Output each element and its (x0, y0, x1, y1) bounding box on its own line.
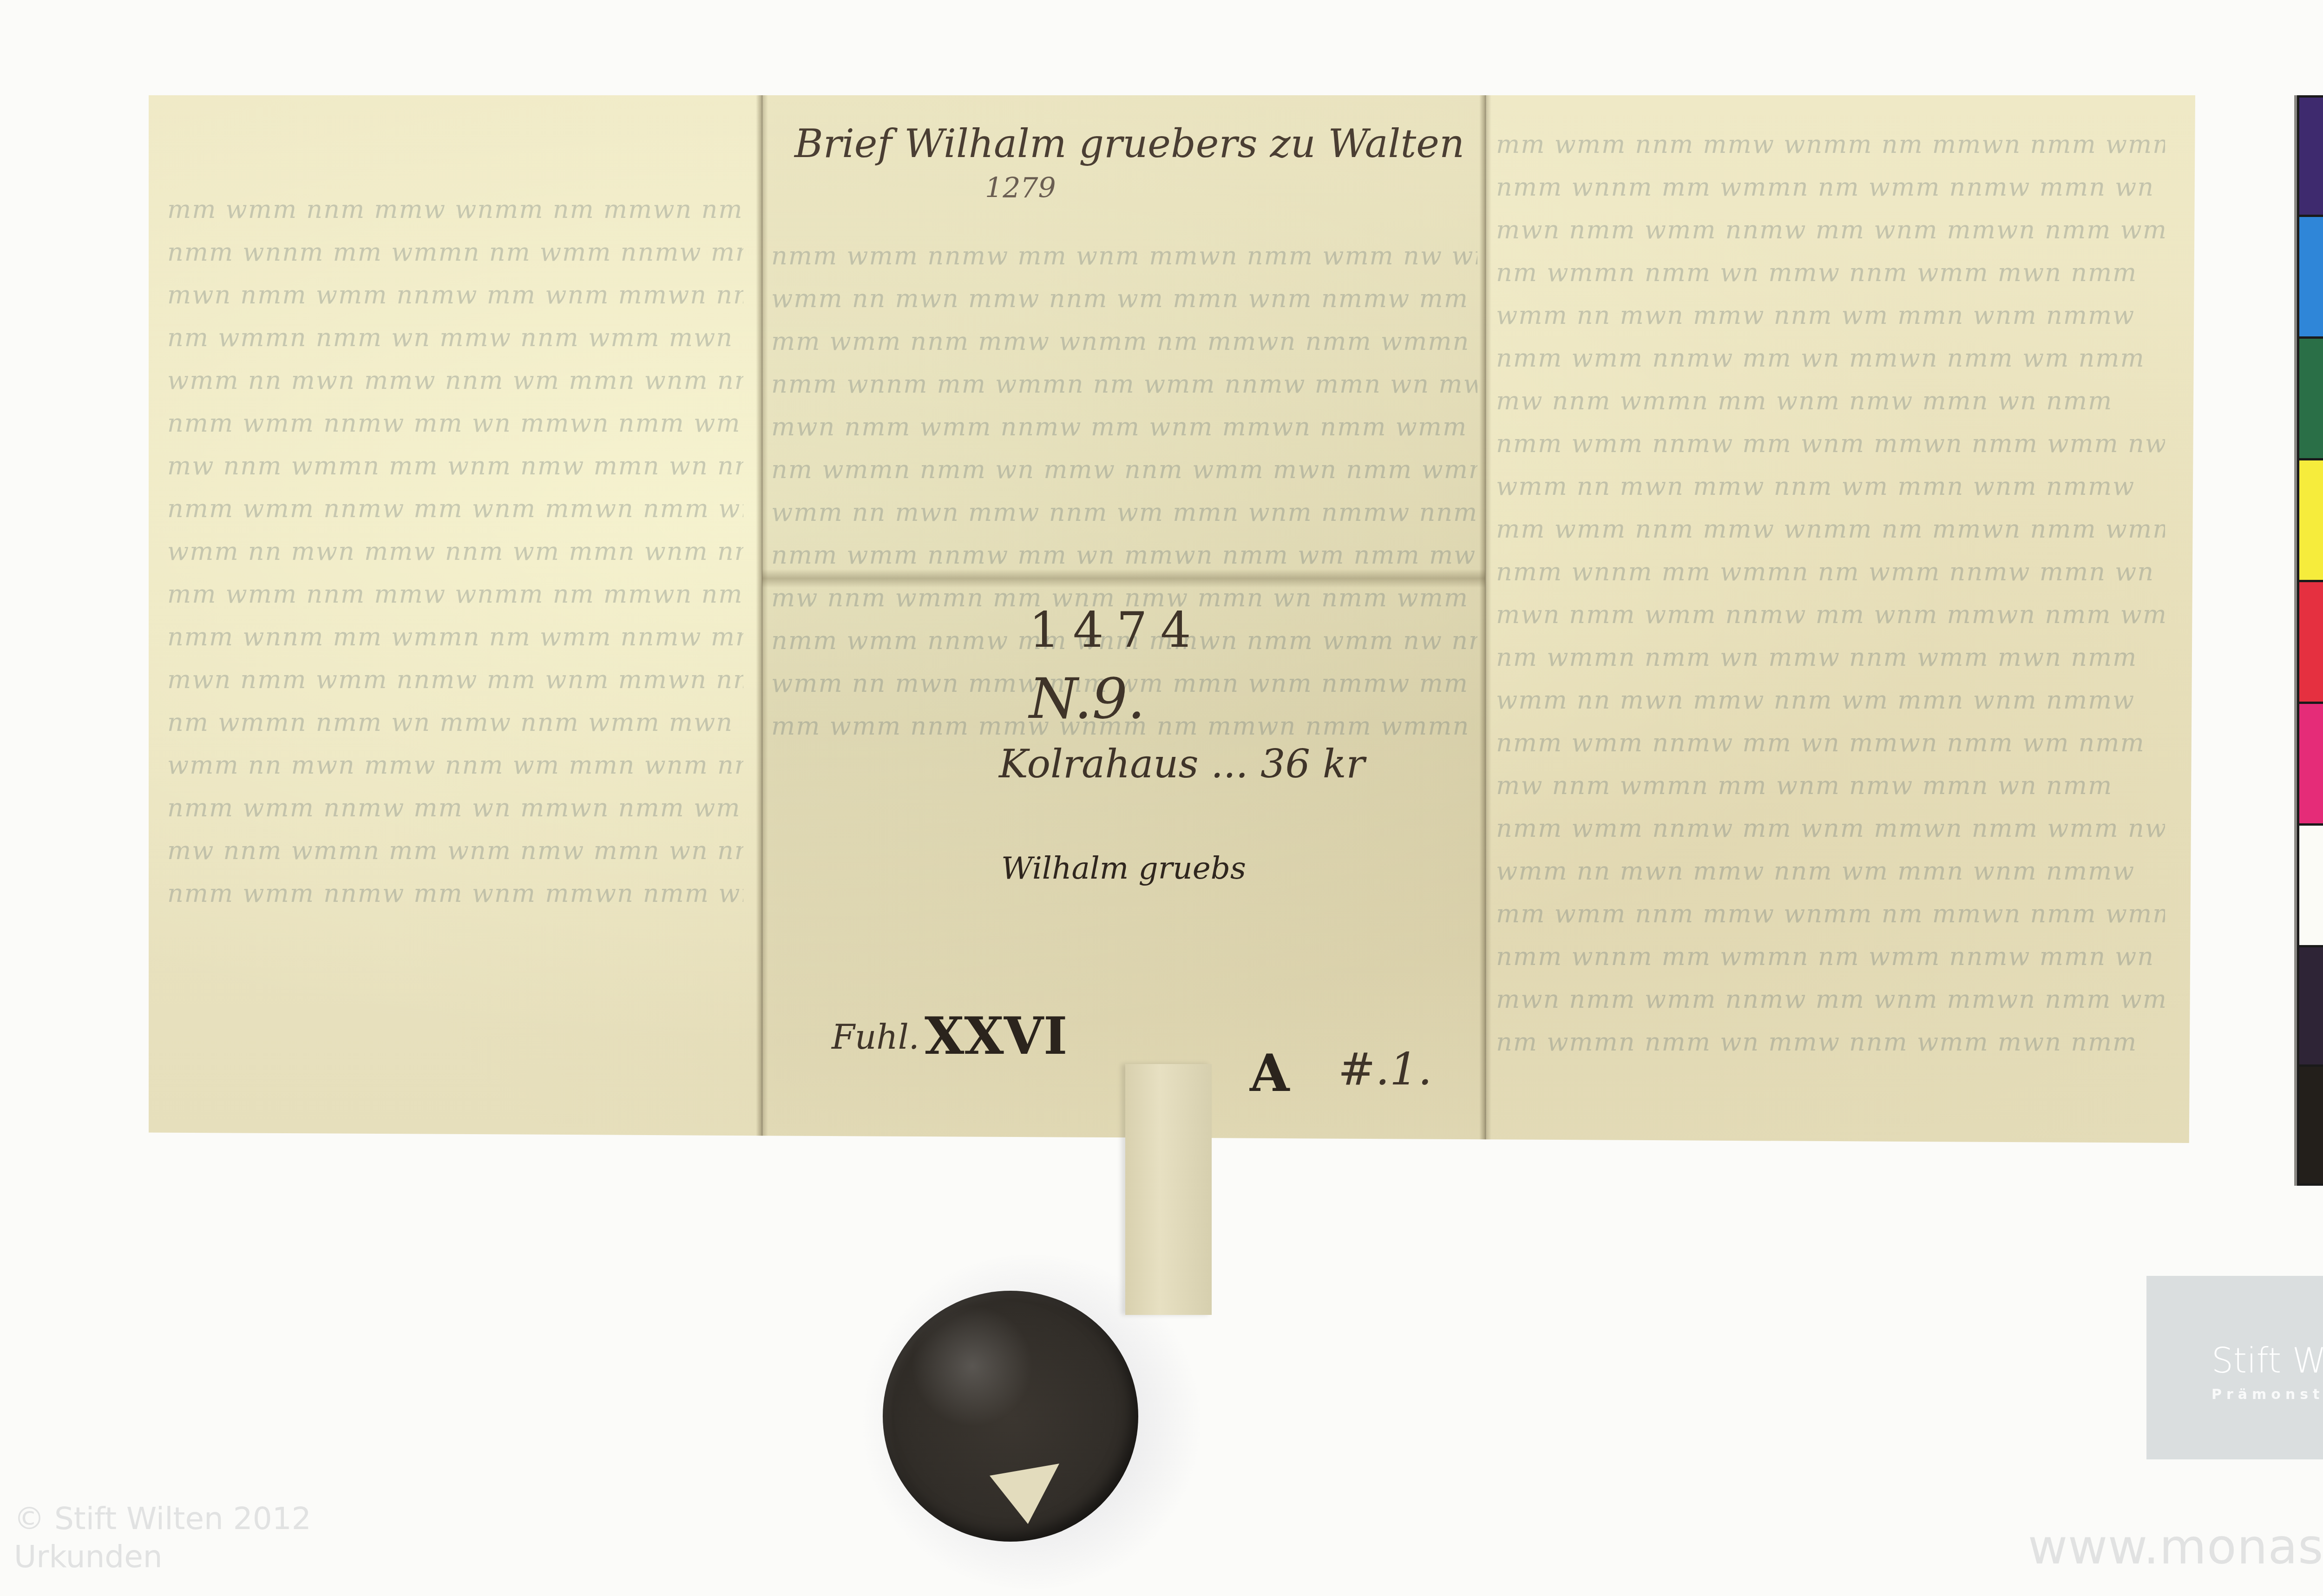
swatch-white (2297, 823, 2323, 947)
dorsal-signature-mark: N.9. (1029, 667, 1145, 731)
seal-parchment-tag (1125, 1064, 1212, 1315)
bleed-through-text-right: mm wmm nnm mmw wnmm nm mmwn nmm wmmnnmm … (1496, 123, 2165, 1090)
site-url-watermark: www.monasterium.net (2028, 1518, 2323, 1575)
owner-badge-subtitle: Prämonstratenser Chorherren (2211, 1386, 2323, 1403)
color-calibration-chart: Blue Cyan Green Yellow Red Magenta White… (2297, 95, 2323, 1186)
fold-line-left (756, 95, 768, 1143)
collection-line: Urkunden (14, 1538, 311, 1576)
charter-parchment: mm wmm nnm mmw wnmm nm mmwn nmm wmmnnmm … (149, 95, 2195, 1143)
shelf-mark-prefix: Fuhl. (832, 1018, 919, 1057)
owner-badge: Stift Wilten Prämonstratenser Chorherren (2146, 1276, 2323, 1459)
swatch-black-dark (2297, 1064, 2323, 1186)
swatch-red-dark (2297, 580, 2323, 704)
wax-seal (883, 1291, 1138, 1542)
dorsal-name-line: Wilhalm gruebs (1001, 850, 1246, 886)
dorsal-heading: Brief Wilhalm gruebers zu Walten (794, 121, 1464, 166)
owner-badge-title: Stift Wilten (2211, 1341, 2323, 1381)
swatch-magenta-dark (2297, 702, 2323, 826)
archive-number: #.1. (1338, 1043, 1432, 1095)
copyright-watermark: © Stift Wilten 2012 Urkunden (14, 1500, 311, 1576)
dorsal-year: 1474 (1029, 602, 1204, 658)
dorsal-number: 1279 (985, 172, 1056, 204)
copyright-line: © Stift Wilten 2012 (14, 1500, 311, 1538)
archive-letter: A (1250, 1043, 1289, 1103)
swatch-3color-dark (2297, 945, 2323, 1067)
bleed-through-text-left: mm wmm nnm mmw wnmm nm mmwn nmm wmmnnmm … (167, 188, 743, 1071)
swatch-blue-dark (2297, 95, 2323, 217)
shelf-mark-roman: XXVI (925, 1006, 1068, 1066)
fold-line-right (1479, 95, 1491, 1143)
dorsal-regest-line: Kolrahaus ... 36 kr (999, 741, 1365, 787)
swatch-cyan-dark (2297, 215, 2323, 339)
swatch-yellow-dark (2297, 458, 2323, 582)
swatch-green-dark (2297, 336, 2323, 460)
